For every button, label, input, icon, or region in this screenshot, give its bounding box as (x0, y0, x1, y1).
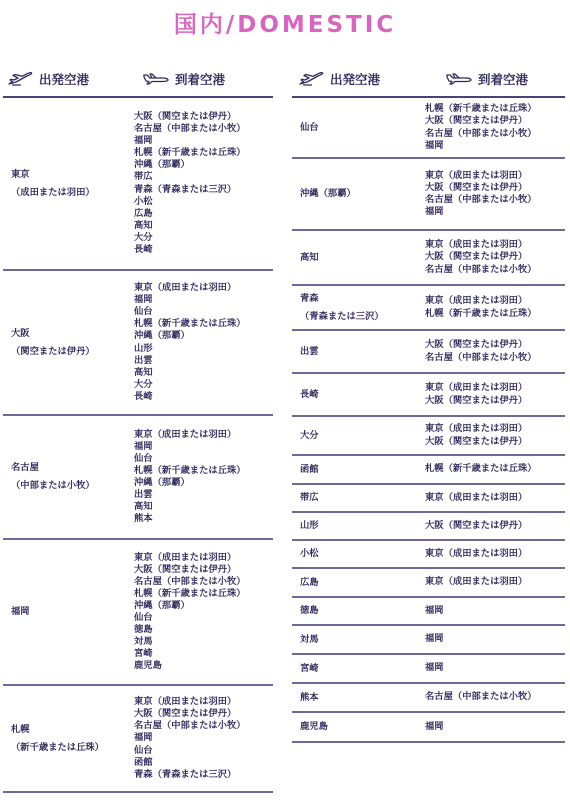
arrival-airport: 東京（成田または羽田） (425, 423, 527, 435)
arrival-airport: 東京（成田または羽田） (425, 548, 527, 560)
departure-name: 長崎 (300, 386, 425, 404)
arrival-airport: 出雲 (134, 489, 246, 501)
departure-name: 宮崎 (300, 660, 425, 678)
arrival-airports: 東京（成田または羽田） (425, 544, 527, 564)
arrival-airport: 大阪（関空または伊丹） (425, 339, 537, 351)
arrival-airport: 東京（成田または羽田） (134, 282, 246, 294)
arrival-airport: 鹿児島 (134, 660, 246, 672)
departure-name: 高知 (300, 249, 425, 267)
arrival-airport: 帯広 (134, 171, 246, 183)
departure-airport: 福岡 (3, 603, 134, 621)
route-row-tsushima: 対馬 福岡 (292, 626, 565, 655)
arrival-airport: 東京（成田または羽田） (425, 576, 527, 588)
route-row-kochi: 高知 東京（成田または羽田） 大阪（関空または伊丹） 名古屋（中部または小牧） (292, 231, 565, 286)
arrival-airport: 札幌（新千歳または丘珠） (425, 463, 537, 475)
arrival-airport: 小松 (134, 196, 246, 208)
departure-header: 出発空港 (3, 70, 135, 88)
route-row-tokyo: 東京 （成田または羽田） 大阪（関空または伊丹） 名古屋（中部または小牧） 福岡… (3, 98, 273, 271)
departure-detail: （中部または小牧） (11, 477, 134, 495)
arrival-airport: 仙台 (134, 453, 246, 465)
departure-name: 山形 (300, 517, 425, 535)
departure-airport: 熊本 (292, 689, 425, 707)
arrival-airport: 福岡 (134, 294, 246, 306)
arrival-airport: 高知 (134, 501, 246, 513)
arrival-airport: 東京（成田または羽田） (425, 239, 537, 251)
departure-airport: 大分 (292, 427, 425, 445)
table-header: 出発空港 到着空港 (3, 62, 273, 98)
arrival-airports: 福岡 (425, 717, 444, 737)
route-row-izumo: 出雲 大阪（関空または伊丹） 名古屋（中部または小牧） (292, 331, 565, 374)
route-row-aomori: 青森 （青森または三沢） 東京（成田または羽田） 札幌（新千歳または丘珠） (292, 286, 565, 331)
arrival-airport: 札幌（新千歳または丘珠） (134, 465, 246, 477)
departure-airport: 広島 (292, 574, 425, 592)
landing-plane-icon (143, 73, 169, 85)
departure-airport: 名古屋 （中部または小牧） (3, 459, 134, 495)
arrival-airport: 大阪（関空または伊丹） (134, 564, 246, 576)
route-row-miyazaki: 宮崎 福岡 (292, 655, 565, 684)
departure-name: 函館 (300, 461, 425, 479)
departure-airport: 札幌 （新千歳または丘珠） (3, 721, 134, 757)
arrival-airports: 東京（成田または羽田） 札幌（新千歳または丘珠） (425, 291, 537, 323)
route-row-okinawa: 沖縄（那覇） 東京（成田または羽田） 大阪（関空または伊丹） 名古屋（中部または… (292, 159, 565, 231)
departure-airport: 青森 （青森または三沢） (292, 290, 425, 326)
departure-airport: 宮崎 (292, 660, 425, 678)
departure-name: 東京 (11, 166, 134, 184)
arrival-airport: 東京（成田または羽田） (425, 295, 537, 307)
departure-airport: 大阪 （関空または伊丹） (3, 325, 134, 361)
arrival-airport: 東京（成田または羽田） (134, 429, 246, 441)
departure-airport: 対馬 (292, 631, 425, 649)
arrival-airports: 東京（成田または羽田） 大阪（関空または伊丹） 名古屋（中部または小牧） (425, 235, 537, 279)
arrival-airport: 福岡 (425, 206, 537, 218)
departure-airport: 高知 (292, 249, 425, 267)
arrival-airports: 福岡 (425, 601, 444, 621)
arrival-airport: 仙台 (134, 745, 246, 757)
arrival-airports: 東京（成田または羽田） 大阪（関空または伊丹） (425, 378, 527, 410)
route-row-osaka: 大阪 （関空または伊丹） 東京（成田または羽田） 福岡 仙台 札幌（新千歳または… (3, 271, 273, 416)
arrival-airport: 熊本 (134, 513, 246, 525)
arrival-airport: 札幌（新千歳または丘珠） (134, 318, 246, 330)
arrival-airport: 名古屋（中部または小牧） (425, 352, 537, 364)
arrival-airport: 東京（成田または羽田） (134, 552, 246, 564)
departure-name: 福岡 (11, 603, 134, 621)
arrival-airport: 沖縄（那覇） (134, 600, 246, 612)
arrival-airport: 名古屋（中部または小牧） (425, 128, 537, 140)
arrival-airport: 仙台 (134, 612, 246, 624)
arrival-airport: 福岡 (425, 140, 537, 152)
departure-name: 札幌 (11, 721, 134, 739)
departure-airport: 函館 (292, 461, 425, 479)
arrival-airports: 東京（成田または羽田） 福岡 仙台 札幌（新千歳または丘珠） 沖縄（那覇） 山形… (134, 276, 246, 409)
departure-name: 小松 (300, 545, 425, 563)
arrival-airport: 福岡 (134, 135, 246, 147)
arrival-airport: 宮崎 (134, 648, 246, 660)
arrival-airport: 名古屋（中部または小牧） (425, 264, 537, 276)
departure-name: 出雲 (300, 343, 425, 361)
arrival-airport: 大阪（関空または伊丹） (425, 182, 537, 194)
arrival-header: 到着空港 (135, 70, 225, 88)
route-row-yamagata: 山形 大阪（関空または伊丹） (292, 513, 565, 541)
page-title: 国内/DOMESTIC (0, 6, 570, 39)
arrival-airports: 東京（成田または羽田） 福岡 仙台 札幌（新千歳または丘珠） 沖縄（那覇） 出雲… (134, 423, 246, 532)
route-row-komatsu: 小松 東京（成田または羽田） (292, 541, 565, 569)
route-row-hiroshima: 広島 東京（成田または羽田） (292, 569, 565, 598)
arrival-airport: 福岡 (134, 441, 246, 453)
arrival-airport: 沖縄（那覇） (134, 159, 246, 171)
departure-name: 沖縄（那覇） (300, 185, 425, 203)
departure-airport: 帯広 (292, 489, 425, 507)
departure-airport: 長崎 (292, 386, 425, 404)
route-row-tokushima: 徳島 福岡 (292, 598, 565, 626)
table-header: 出発空港 到着空港 (292, 62, 565, 98)
arrival-airport: 大阪（関空または伊丹） (425, 395, 527, 407)
arrival-airports: 東京（成田または羽田） 大阪（関空または伊丹） 名古屋（中部または小牧） 福岡 … (134, 690, 246, 787)
arrival-airports: 大阪（関空または伊丹） 名古屋（中部または小牧） (425, 335, 537, 367)
arrival-airport: 東京（成田または羽田） (134, 696, 246, 708)
departure-name: 大阪 (11, 325, 134, 343)
arrival-airport: 青森（青森または三沢） (134, 769, 246, 781)
arrival-airport: 福岡 (425, 721, 444, 733)
arrival-header-label: 到着空港 (478, 70, 528, 88)
arrival-airports: 大阪（関空または伊丹） (425, 516, 527, 536)
departure-detail: （新千歳または丘珠） (11, 739, 134, 757)
arrival-airport: 広島 (134, 208, 246, 220)
arrival-airports: 東京（成田または羽田） 大阪（関空または伊丹） (425, 419, 527, 451)
departure-airport: 仙台 (292, 119, 425, 137)
arrival-airport: 長崎 (134, 391, 246, 403)
arrival-airport: 名古屋（中部または小牧） (425, 691, 537, 703)
arrival-airport: 大阪（関空または伊丹） (134, 111, 246, 123)
arrival-airport: 大阪（関空または伊丹） (425, 115, 537, 127)
route-row-nagasaki: 長崎 東京（成田または羽田） 大阪（関空または伊丹） (292, 374, 565, 417)
route-row-kumamoto: 熊本 名古屋（中部または小牧） (292, 684, 565, 713)
arrival-airport: 青森（青森または三沢） (134, 184, 246, 196)
departure-airport: 出雲 (292, 343, 425, 361)
departure-name: 青森 (300, 290, 425, 308)
arrival-airports: 東京（成田または羽田） (425, 572, 527, 592)
arrival-airport: 東京（成田または羽田） (425, 170, 537, 182)
landing-plane-icon (446, 73, 472, 85)
departure-name: 名古屋 (11, 459, 134, 477)
departure-detail: （成田または羽田） (11, 184, 134, 202)
route-row-hakodate: 函館 札幌（新千歳または丘珠） (292, 456, 565, 485)
arrival-airport: 名古屋（中部または小牧） (134, 720, 246, 732)
arrival-airport: 大阪（関空または伊丹） (425, 436, 527, 448)
arrival-airport: 名古屋（中部または小牧） (425, 194, 537, 206)
departure-airport: 山形 (292, 517, 425, 535)
departure-name: 大分 (300, 427, 425, 445)
route-row-fukuoka: 福岡 東京（成田または羽田） 大阪（関空または伊丹） 名古屋（中部または小牧） … (3, 540, 273, 686)
departure-name: 徳島 (300, 602, 425, 620)
route-row-oita: 大分 東京（成田または羽田） 大阪（関空または伊丹） (292, 417, 565, 456)
arrival-header: 到着空港 (426, 70, 528, 88)
arrival-header-label: 到着空港 (175, 70, 225, 88)
departure-airport: 小松 (292, 545, 425, 563)
arrival-airport: 沖縄（那覇） (134, 477, 246, 489)
route-row-obihiro: 帯広 東京（成田または羽田） (292, 485, 565, 513)
departure-detail: （青森または三沢） (300, 308, 425, 326)
arrival-airport: 山形 (134, 343, 246, 355)
arrival-airports: 東京（成田または羽田） (425, 488, 527, 508)
arrival-airport: 名古屋（中部または小牧） (134, 123, 246, 135)
arrival-airports: 札幌（新千歳または丘珠） (425, 459, 537, 479)
departure-name: 熊本 (300, 689, 425, 707)
arrival-airport: 福岡 (425, 662, 444, 674)
departure-airport: 徳島 (292, 602, 425, 620)
takeoff-plane-icon (7, 72, 33, 86)
arrival-airport: 徳島 (134, 624, 246, 636)
departure-name: 広島 (300, 574, 425, 592)
arrival-airport: 札幌（新千歳または丘珠） (134, 147, 246, 159)
departure-airport: 鹿児島 (292, 718, 425, 736)
arrival-airport: 名古屋（中部または小牧） (134, 576, 246, 588)
arrival-airports: 大阪（関空または伊丹） 名古屋（中部または小牧） 福岡 札幌（新千歳または丘珠）… (134, 105, 246, 262)
route-row-kagoshima: 鹿児島 福岡 (292, 713, 565, 743)
arrival-airport: 函館 (134, 757, 246, 769)
arrival-airport: 高知 (134, 367, 246, 379)
arrival-airport: 東京（成田または羽田） (425, 382, 527, 394)
arrival-airports: 福岡 (425, 629, 444, 649)
arrival-airports: 東京（成田または羽田） 大阪（関空または伊丹） 名古屋（中部または小牧） 福岡 (425, 166, 537, 222)
route-row-sapporo: 札幌 （新千歳または丘珠） 東京（成田または羽田） 大阪（関空または伊丹） 名古… (3, 686, 273, 793)
departure-header-label: 出発空港 (39, 70, 89, 88)
domestic-routes-table-left: 出発空港 到着空港 東京 （成田または羽田） 大阪（関空または伊丹） 名古屋（中… (3, 62, 273, 793)
takeoff-plane-icon (298, 72, 324, 86)
departure-airport: 東京 （成田または羽田） (3, 166, 134, 202)
departure-header-label: 出発空港 (330, 70, 380, 88)
arrival-airport: 大阪（関空または伊丹） (425, 520, 527, 532)
arrival-airport: 福岡 (134, 732, 246, 744)
arrival-airport: 仙台 (134, 306, 246, 318)
departure-name: 仙台 (300, 119, 425, 137)
arrival-airport: 沖縄（那覇） (134, 330, 246, 342)
arrival-airport: 札幌（新千歳または丘珠） (134, 588, 246, 600)
arrival-airport: 福岡 (425, 633, 444, 645)
departure-header: 出発空港 (292, 70, 426, 88)
arrival-airport: 大阪（関空または伊丹） (425, 251, 537, 263)
arrival-airports: 名古屋（中部または小牧） (425, 687, 537, 707)
departure-detail: （関空または伊丹） (11, 343, 134, 361)
departure-name: 帯広 (300, 489, 425, 507)
arrival-airport: 高知 (134, 220, 246, 232)
domestic-routes-table-right: 出発空港 到着空港 仙台 札幌（新千歳または丘珠） 大阪（関空または伊丹） 名古… (292, 62, 565, 743)
arrival-airports: 札幌（新千歳または丘珠） 大阪（関空または伊丹） 名古屋（中部または小牧） 福岡 (425, 99, 537, 155)
arrival-airport: 対馬 (134, 636, 246, 648)
arrival-airport: 大分 (134, 232, 246, 244)
arrival-airports: 福岡 (425, 658, 444, 678)
departure-name: 鹿児島 (300, 718, 425, 736)
departure-name: 対馬 (300, 631, 425, 649)
route-row-nagoya: 名古屋 （中部または小牧） 東京（成田または羽田） 福岡 仙台 札幌（新千歳また… (3, 416, 273, 540)
arrival-airport: 東京（成田または羽田） (425, 492, 527, 504)
arrival-airport: 出雲 (134, 355, 246, 367)
arrival-airport: 札幌（新千歳または丘珠） (425, 103, 537, 115)
arrival-airport: 大分 (134, 379, 246, 391)
arrival-airports: 東京（成田または羽田） 大阪（関空または伊丹） 名古屋（中部または小牧） 札幌（… (134, 546, 246, 679)
arrival-airport: 長崎 (134, 244, 246, 256)
arrival-airport: 札幌（新千歳または丘珠） (425, 308, 537, 320)
route-row-sendai: 仙台 札幌（新千歳または丘珠） 大阪（関空または伊丹） 名古屋（中部または小牧）… (292, 98, 565, 159)
arrival-airport: 大阪（関空または伊丹） (134, 708, 246, 720)
departure-airport: 沖縄（那覇） (292, 185, 425, 203)
arrival-airport: 福岡 (425, 605, 444, 617)
